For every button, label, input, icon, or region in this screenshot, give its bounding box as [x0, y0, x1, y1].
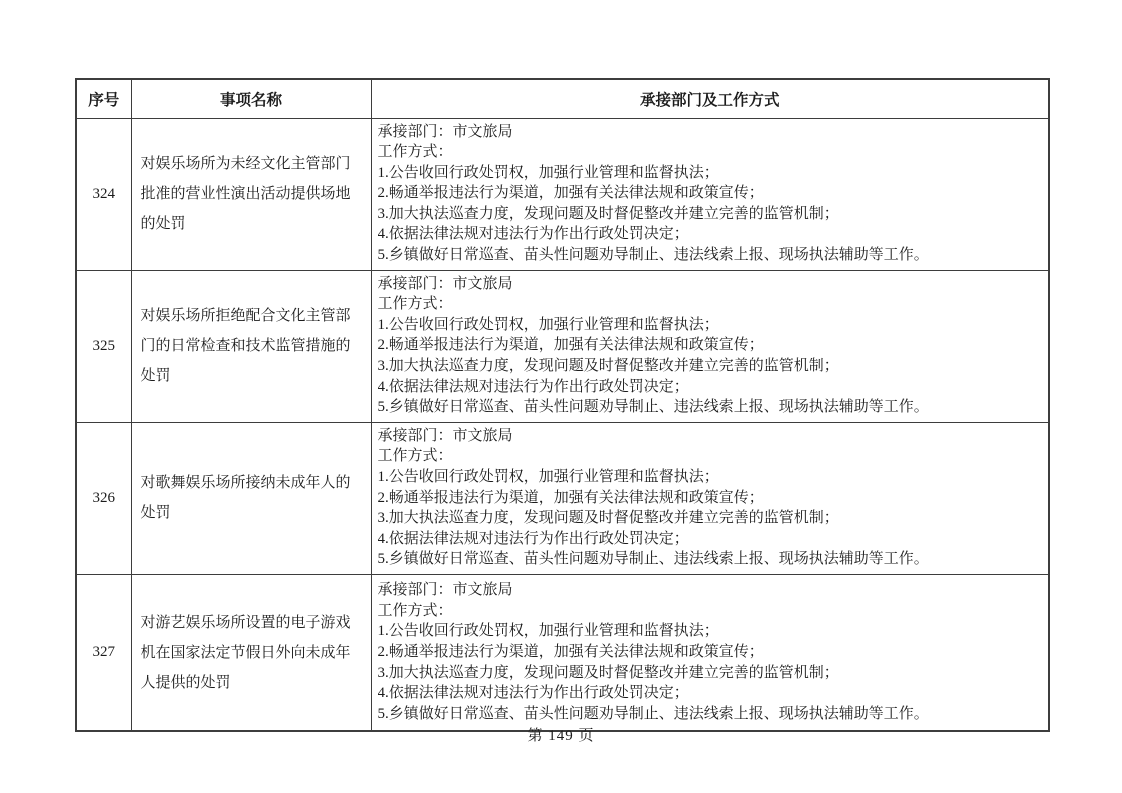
department-line: 承接部门：市文旅局: [378, 426, 1043, 447]
table-row-325: 325 对娱乐场所拒绝配合文化主管部门的日常检查和技术监管措施的处罚 承接部门：…: [76, 270, 1049, 422]
work-method-item: 4.依据法律法规对违法行为作出行政处罚决定；: [378, 224, 1043, 245]
work-method-item: 4.依据法律法规对违法行为作出行政处罚决定；: [378, 683, 1043, 704]
work-method-cell: 承接部门：市文旅局 工作方式： 1.公告收回行政处罚权，加强行业管理和监督执法；…: [371, 270, 1049, 422]
work-method-item: 1.公告收回行政处罚权，加强行业管理和监督执法；: [378, 163, 1043, 184]
table-row-324: 324 对娱乐场所为未经文化主管部门批准的营业性演出活动提供场地的处罚 承接部门…: [76, 118, 1049, 270]
department-line: 承接部门：市文旅局: [378, 122, 1043, 143]
work-method-item: 3.加大执法巡查力度，发现问题及时督促整改并建立完善的监管机制；: [378, 204, 1043, 225]
table-row-326: 326 对歌舞娱乐场所接纳未成年人的处罚 承接部门：市文旅局 工作方式： 1.公…: [76, 422, 1049, 574]
department-line: 承接部门：市文旅局: [378, 274, 1043, 295]
work-method-item: 5.乡镇做好日常巡查、苗头性问题劝导制止、违法线索上报、现场执法辅助等工作。: [378, 549, 1043, 570]
work-method-item: 2.畅通举报违法行为渠道，加强有关法律法规和政策宣传；: [378, 642, 1043, 663]
work-method-label: 工作方式：: [378, 294, 1043, 315]
page-footer: 第 149 页: [0, 724, 1122, 745]
document-page: 序号 事项名称 承接部门及工作方式 324 对娱乐场所为未经文化主管部门批准的营…: [0, 0, 1122, 793]
header-cell-seq: 序号: [76, 79, 131, 118]
work-method-item: 3.加大执法巡查力度，发现问题及时督促整改并建立完善的监管机制；: [378, 508, 1043, 529]
work-method-item: 3.加大执法巡查力度，发现问题及时督促整改并建立完善的监管机制；: [378, 663, 1043, 684]
row-number: 327: [76, 574, 131, 731]
items-table: 序号 事项名称 承接部门及工作方式 324 对娱乐场所为未经文化主管部门批准的营…: [75, 78, 1050, 732]
work-method-cell: 承接部门：市文旅局 工作方式： 1.公告收回行政处罚权，加强行业管理和监督执法；…: [371, 422, 1049, 574]
work-method-cell: 承接部门：市文旅局 工作方式： 1.公告收回行政处罚权，加强行业管理和监督执法；…: [371, 574, 1049, 731]
work-method-label: 工作方式：: [378, 142, 1043, 163]
work-method-item: 2.畅通举报违法行为渠道，加强有关法律法规和政策宣传；: [378, 183, 1043, 204]
work-method-cell: 承接部门：市文旅局 工作方式： 1.公告收回行政处罚权，加强行业管理和监督执法；…: [371, 118, 1049, 270]
work-method-item: 1.公告收回行政处罚权，加强行业管理和监督执法；: [378, 621, 1043, 642]
item-name: 对娱乐场所为未经文化主管部门批准的营业性演出活动提供场地的处罚: [131, 118, 371, 270]
work-method-item: 1.公告收回行政处罚权，加强行业管理和监督执法；: [378, 467, 1043, 488]
work-method-item: 4.依据法律法规对违法行为作出行政处罚决定；: [378, 529, 1043, 550]
work-method-item: 3.加大执法巡查力度，发现问题及时督促整改并建立完善的监管机制；: [378, 356, 1043, 377]
work-method-item: 2.畅通举报违法行为渠道，加强有关法律法规和政策宣传；: [378, 335, 1043, 356]
item-name: 对游艺娱乐场所设置的电子游戏机在国家法定节假日外向未成年人提供的处罚: [131, 574, 371, 731]
row-number: 326: [76, 422, 131, 574]
work-method-item: 5.乡镇做好日常巡查、苗头性问题劝导制止、违法线索上报、现场执法辅助等工作。: [378, 397, 1043, 418]
row-number: 324: [76, 118, 131, 270]
work-method-label: 工作方式：: [378, 446, 1043, 467]
work-method-item: 4.依据法律法规对违法行为作出行政处罚决定；: [378, 377, 1043, 398]
header-cell-department-method: 承接部门及工作方式: [371, 79, 1049, 118]
work-method-label: 工作方式：: [378, 601, 1043, 622]
department-line: 承接部门：市文旅局: [378, 580, 1043, 601]
header-row: 序号 事项名称 承接部门及工作方式: [76, 79, 1049, 118]
work-method-item: 5.乡镇做好日常巡查、苗头性问题劝导制止、违法线索上报、现场执法辅助等工作。: [378, 704, 1043, 725]
row-number: 325: [76, 270, 131, 422]
item-name: 对娱乐场所拒绝配合文化主管部门的日常检查和技术监管措施的处罚: [131, 270, 371, 422]
work-method-item: 2.畅通举报违法行为渠道，加强有关法律法规和政策宣传；: [378, 488, 1043, 509]
work-method-item: 1.公告收回行政处罚权，加强行业管理和监督执法；: [378, 315, 1043, 336]
work-method-item: 5.乡镇做好日常巡查、苗头性问题劝导制止、违法线索上报、现场执法辅助等工作。: [378, 245, 1043, 266]
table-row-327: 327 对游艺娱乐场所设置的电子游戏机在国家法定节假日外向未成年人提供的处罚 承…: [76, 574, 1049, 731]
header-cell-item-name: 事项名称: [131, 79, 371, 118]
item-name: 对歌舞娱乐场所接纳未成年人的处罚: [131, 422, 371, 574]
